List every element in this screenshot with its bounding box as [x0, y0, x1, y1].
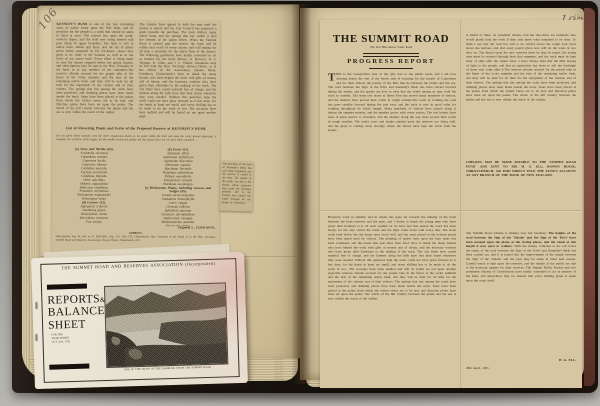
- ell-signature: H. G. ELL.: [466, 359, 576, 365]
- staple-top: [35, 302, 37, 309]
- report-column-2-bottom-a: The Summit Road scheme is making very fa…: [466, 232, 548, 235]
- small-clipping-body: The purchase of the land at Kennedy's Bu…: [221, 163, 251, 209]
- list-b-items: Adiantum affine Asplenium bulbiferum Asp…: [139, 152, 216, 187]
- plant-list-heading-text: List of Flowering Plants and Ferns of th…: [56, 127, 216, 133]
- report-column-1-bottom-more2: The reserves already secured for the peo…: [328, 272, 456, 301]
- clipping-column-1-more: The reserves already secured for the peo…: [56, 69, 133, 114]
- ell-signature-text: H. G. ELL.: [466, 359, 576, 363]
- book-gutter: [291, 4, 311, 384]
- cheques-notice-text: CHEQUES MAY BE MADE PAYABLE TO THE 'SUMM…: [466, 161, 576, 178]
- halftone-overlay: [105, 283, 227, 367]
- report-title: THE SUMMIT ROAD: [324, 33, 458, 45]
- report-column-1-bottom: Honorary work in summer and in winter ha…: [328, 216, 456, 384]
- harbour-view-illustration: [105, 283, 227, 367]
- pamphlet-border-frame: [40, 258, 239, 383]
- report-date-text: 28th April, 1931.: [466, 367, 546, 371]
- pamphlet-title-word2: BALANCE: [48, 305, 104, 319]
- clipping-column-2-text: The trustees have agreed to hold the lan…: [139, 23, 216, 76]
- report-column-1-top-text: HIS is the twenty-third year of my gift,…: [328, 73, 456, 102]
- report-column-1-bottom-text: Honorary work in summer and in winter ha…: [328, 216, 456, 245]
- pamphlet-rule-top: [47, 284, 87, 290]
- summit-road-report-clipping: THE SUMMIT ROAD (The Port Hills–Akaroa S…: [320, 20, 582, 388]
- fine-print-text: Subscriptions may be sent to W. MACHIN, …: [56, 235, 216, 243]
- small-clipping: The purchase of the land at Kennedy's Bu…: [219, 161, 253, 212]
- pamphlet-header: THE SUMMIT ROAD AND RESERVES ASSOCIATION…: [43, 261, 233, 275]
- pamphlet-dates: FOR THE YEAR ENDED OCT. 31st, 1931: [51, 332, 101, 346]
- pamphlet-title-amp: &: [100, 296, 106, 304]
- clipping-text-columns: KENNEDY'S BUSH is one of the few remaini…: [56, 23, 216, 126]
- report-column-2-bottom-c: With the money collected at the toll box…: [466, 245, 576, 283]
- report-column-1-bottom-more: I have to thank the many friends who hav…: [328, 242, 456, 275]
- plant-list-intro: The list given below includes only the m…: [56, 135, 216, 147]
- report-column-2-top-text: A friend of mine, an esteemed citizen, t…: [466, 34, 576, 72]
- section-rule: [369, 68, 413, 69]
- clipping-column-1: KENNEDY'S BUSH is one of the few remaini…: [56, 23, 133, 125]
- report-subtitle: (The Port Hills–Akaroa Scenic Road): [324, 46, 458, 51]
- kennedys-bush-clipping: KENNEDY'S BUSH is one of the few remaini…: [51, 20, 220, 253]
- list-d-items: Agropyron scabrum Danthonia pilosa Diche…: [56, 205, 133, 224]
- pamphlet-cover-photo: [104, 282, 228, 368]
- staple-bottom: [35, 334, 37, 341]
- open-scrapbook-photo: 106 107 KENNEDY'S BUSH is one of the few…: [0, 0, 600, 406]
- pamphlet-photo-caption-text: ONE OF THE VIEWS OF THE HARBOUR FROM THE…: [104, 365, 230, 372]
- list-c-items: Acaena novae-zelandiae Cardamine heterop…: [139, 194, 216, 226]
- clipping-vertical-crease: [460, 20, 461, 388]
- small-clipping-text: The purchase of the land at Kennedy's Bu…: [221, 163, 251, 206]
- report-column-1-top: THIS is the twenty-third year of my gift…: [328, 73, 456, 177]
- clipping-column-1-text: is one of the few remaining areas of nat…: [56, 23, 133, 72]
- report-column-2-top: A friend of mine, an esteemed citizen, t…: [466, 34, 576, 160]
- progress-report-heading: PROGRESS REPORT: [324, 58, 458, 65]
- plant-list-columns: (a) Trees and Shrubs (63). Aristotelia r…: [56, 148, 216, 227]
- report-column-2-bottom: The Summit Road scheme is making very fa…: [466, 232, 576, 358]
- title-rule: [363, 53, 419, 57]
- pamphlet-header-text: THE SUMMIT ROAD AND RESERVES ASSOCIATION…: [43, 261, 233, 272]
- report-subtitle-text: (The Port Hills–Akaroa Scenic Road): [324, 46, 458, 50]
- clipping-column-2: The trustees have agreed to hold the lan…: [139, 23, 216, 125]
- reports-balance-sheet-pamphlet: THE SUMMIT ROAD AND RESERVES ASSOCIATION…: [31, 252, 248, 389]
- plant-list-column-b: (b) Ferns (21). Adiantum affine Aspleniu…: [139, 148, 216, 226]
- cheques-notice: CHEQUES MAY BE MADE PAYABLE TO THE 'SUMM…: [466, 161, 576, 178]
- clipping-horizontal-crease: [320, 210, 582, 212]
- pamphlet-dates-text: FOR THE YEAR ENDED OCT. 31st, 1931: [51, 332, 101, 344]
- pamphlet-photo-caption: ONE OF THE VIEWS OF THE HARBOUR FROM THE…: [104, 365, 230, 375]
- report-column-2-top-more: The reserves already secured for the peo…: [466, 68, 576, 101]
- cockayne-signature-text: (Signed) L. COCKAYNE.: [56, 226, 216, 231]
- book-cover-edge: [584, 8, 595, 386]
- report-date: 28th April, 1931.: [466, 367, 546, 373]
- clipping-column-2-more: I have to thank the many friends who hav…: [139, 73, 216, 118]
- list-a-items: Aristotelia racemosa Carpodetus serratus…: [56, 151, 133, 201]
- pamphlet-title-word3: SHEET: [48, 318, 104, 332]
- report-column-1-top-more: The work of forming the road has gone st…: [328, 99, 456, 132]
- dropcap-T: T: [328, 73, 336, 82]
- plant-list-intro-text: The list given below includes only the m…: [56, 135, 216, 143]
- plant-list-column-a: (a) Trees and Shrubs (63). Aristotelia r…: [56, 148, 133, 226]
- pamphlet-rule-bottom: [49, 364, 89, 370]
- pamphlet-title-word1: REPORTS: [47, 293, 100, 307]
- pamphlet-title: REPORTS& BALANCE SHEET: [47, 293, 104, 332]
